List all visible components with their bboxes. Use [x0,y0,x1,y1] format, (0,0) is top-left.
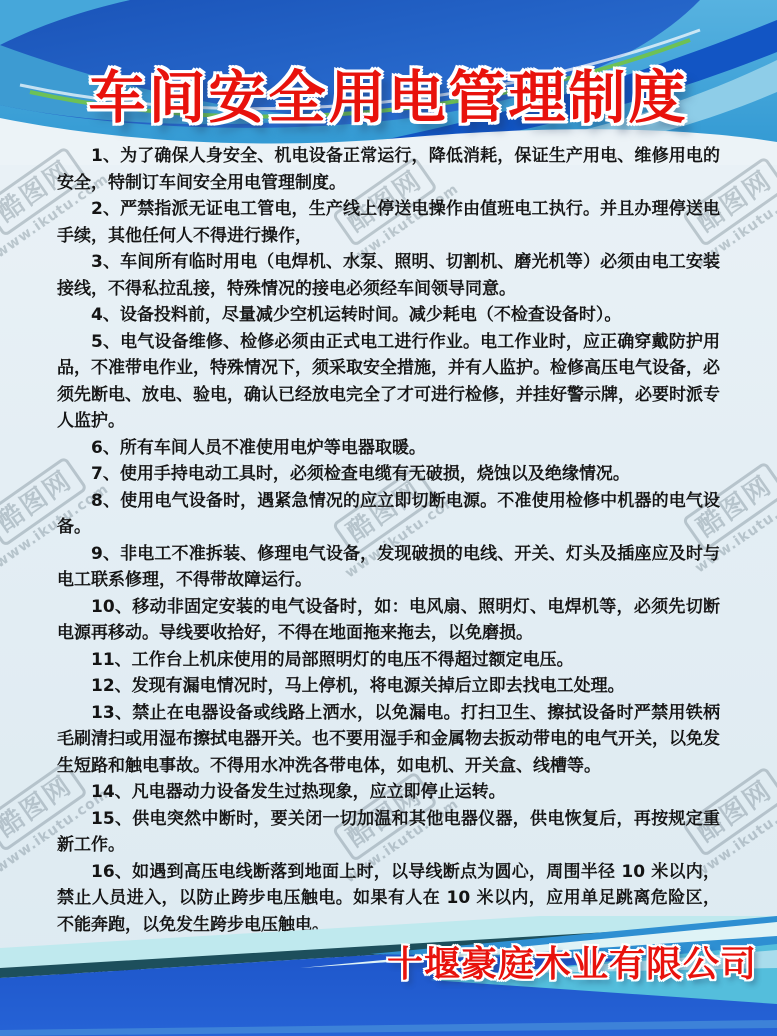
rule-paragraph: 3、车间所有临时用电（电焊机、水泵、照明、切割机、磨光机等）必须由电工安装接线，… [57,249,720,302]
rule-paragraph: 4、设备投料前，尽量减少空机运转时间。减少耗电（不检查设备时）。 [57,302,720,329]
rule-paragraph: 14、凡电器动力设备发生过热现象，应立即停止运转。 [57,779,720,806]
rule-paragraph: 12、发现有漏电情况时，马上停机，将电源关掉后立即去找电工处理。 [57,673,720,700]
safety-poster: 酷图网 www.ikutu.com 酷图网 www.ikutu.com 酷图网 … [0,0,777,1036]
rule-paragraph: 13、禁止在电器设备或线路上洒水，以免漏电。打扫卫生、擦拭设备时严禁用铁柄毛刷清… [57,700,720,780]
rule-paragraph: 11、工作台上机床使用的局部照明灯的电压不得超过额定电压。 [57,647,720,674]
page-title: 车间安全用电管理制度 [0,52,777,134]
rule-paragraph: 1、为了确保人身安全、机电设备正常运行，降低消耗，保证生产用电、维修用电的安全，… [57,143,720,196]
rule-paragraph: 8、使用电气设备时，遇紧急情况的应立即切断电源。不准使用检修中机器的电气设备。 [57,488,720,541]
rule-paragraph: 10、移动非固定安装的电气设备时，如：电风扇、照明灯、电焊机等，必须先切断电源再… [57,594,720,647]
rule-paragraph: 6、所有车间人员不准使用电炉等电器取暖。 [57,435,720,462]
company-name: 十堰豪庭木业有限公司 [387,936,757,987]
rule-paragraph: 7、使用手持电动工具时，必须检查电缆有无破损，烧蚀以及绝缘情况。 [57,461,720,488]
rules-list: 1、为了确保人身安全、机电设备正常运行，降低消耗，保证生产用电、维修用电的安全，… [57,143,720,1036]
rule-paragraph: 2、严禁指派无证电工管电，生产线上停送电操作由值班电工执行。并且办理停送电手续，… [57,196,720,249]
rule-paragraph: 9、非电工不准拆装、修理电气设备，发现破损的电线、开关、灯头及插座应及时与电工联… [57,541,720,594]
rule-paragraph: 5、电气设备维修、检修必须由正式电工进行作业。电工作业时，应正确穿戴防护用品，不… [57,329,720,435]
rule-paragraph: 15、供电突然中断时，要关闭一切加温和其他电器仪器，供电恢复后，再按规定重新工作… [57,806,720,859]
